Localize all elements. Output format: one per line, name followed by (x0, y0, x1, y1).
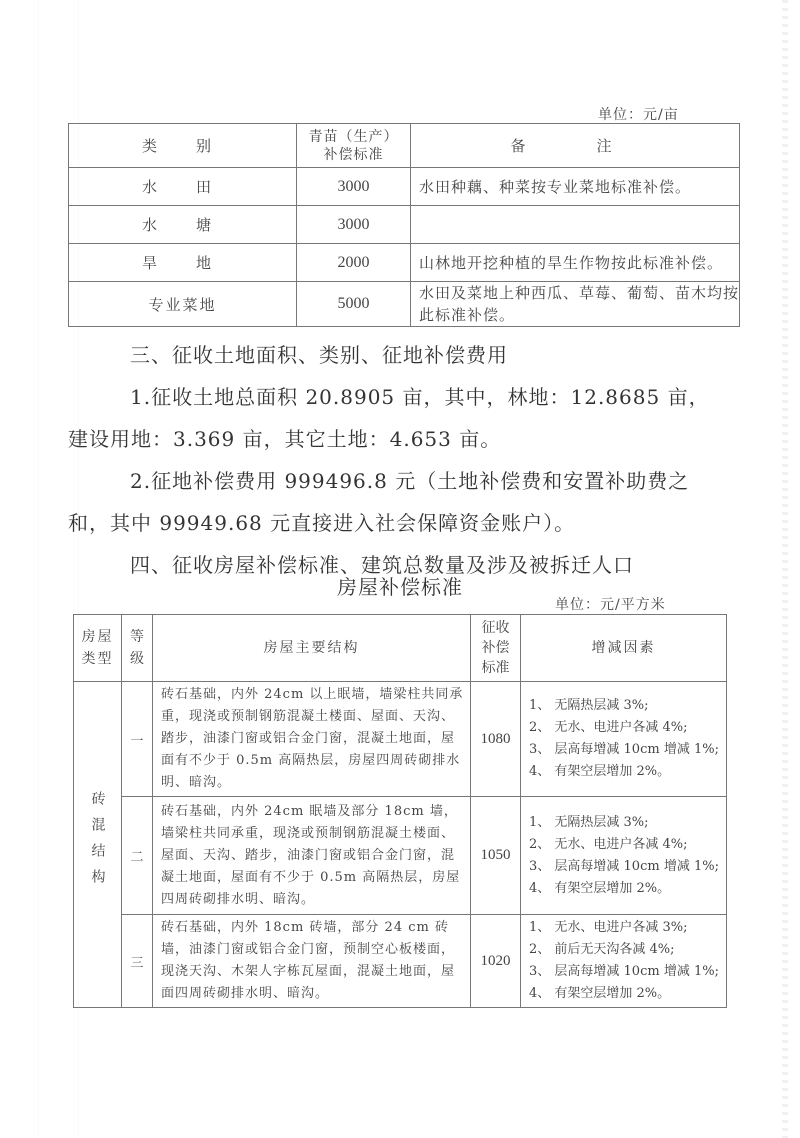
factor-item: 1、 无隔热层减 3%; (529, 812, 726, 834)
factor-item: 3、 层高每增减 10cm 增减 1%; (529, 856, 726, 878)
factor-item: 4、 有架空层增加 2%。 (529, 983, 726, 1005)
table1-unit-label: 单位：元/亩 (598, 104, 679, 124)
section3-item2: 2.征地补偿费用 999496.8 元（土地补偿费和安置补助费之和，其中 999… (68, 460, 728, 544)
cell-note: 水田种藕、种菜按专业菜地标准补偿。 (411, 168, 740, 206)
header-house-type-line2: 类型 (74, 648, 121, 670)
section3-heading: 三、征收土地面积、类别、征地补偿费用 (130, 334, 790, 376)
cell-grade: 一 (122, 682, 153, 797)
header-grade-line1: 等 (122, 626, 152, 648)
header-grade-line2: 级 (122, 648, 152, 670)
cell-factors: 1、 无隔热层减 3%; 2、 无水、电进户各减 4%; 3、 层高每增减 10… (521, 682, 727, 797)
factor-item: 2、 前后无天沟各减 4%; (529, 939, 726, 961)
header-standard-line1: 青苗（生产） (297, 128, 410, 146)
header-house-type: 房屋 类型 (74, 615, 122, 682)
header-category: 类 别 (69, 124, 297, 168)
cell-standard: 3000 (297, 168, 411, 206)
table-row: 二 砖石基础，内外 24cm 眠墙及部分 18cm 墙，墙梁柱共同承重，现浇或预… (74, 797, 727, 915)
factor-item: 4、 有架空层增加 2%。 (529, 878, 726, 900)
section3-item1: 1.征收土地总面积 20.8905 亩，其中，林地：12.8685 亩，建设用地… (68, 376, 728, 460)
table-row: 三 砖石基础，内外 18cm 砖墙，部分 24 cm 砖墙，油漆门窗或铝合金门窗… (74, 915, 727, 1008)
cell-category: 水 塘 (69, 206, 297, 244)
header-note: 备 注 (411, 124, 740, 168)
cell-standard: 1080 (471, 682, 521, 797)
cell-note: 山林地开挖种植的旱生作物按此标准补偿。 (411, 244, 740, 282)
cell-structure: 砖石基础，内外 18cm 砖墙，部分 24 cm 砖墙，油漆门窗或铝合金门窗，预… (153, 915, 471, 1008)
header-structure: 房屋主要结构 (153, 615, 471, 682)
factor-item: 3、 层高每增减 10cm 增减 1%; (529, 961, 726, 983)
cell-standard: 5000 (297, 282, 411, 327)
factor-item: 4、 有架空层增加 2%。 (529, 761, 726, 783)
table-header-row: 房屋 类型 等 级 房屋主要结构 征收 补偿 标准 增减因素 (74, 615, 727, 682)
table-row: 旱 地 2000 山林地开挖种植的旱生作物按此标准补偿。 (69, 244, 740, 282)
table-row: 砖混结构 一 砖石基础，内外 24cm 以上眠墙，墙梁柱共同承重，现浇或预制钢筋… (74, 682, 727, 797)
cell-note: 水田及菜地上种西瓜、草莓、葡萄、苗木均按此标准补偿。 (411, 282, 740, 327)
header-factors: 增减因素 (521, 615, 727, 682)
cell-house-type: 砖混结构 (74, 682, 122, 1008)
header-standard: 征收 补偿 标准 (471, 615, 521, 682)
cell-factors: 1、 无隔热层减 3%; 2、 无水、电进户各减 4%; 3、 层高每增减 10… (521, 797, 727, 915)
cell-standard: 1050 (471, 797, 521, 915)
factor-item: 2、 无水、电进户各减 4%; (529, 717, 726, 739)
header-house-type-line1: 房屋 (74, 626, 121, 648)
factor-item: 3、 层高每增减 10cm 增减 1%; (529, 739, 726, 761)
header-standard-line1: 征收 (471, 618, 520, 638)
house-table-title: 房屋补偿标准 (0, 566, 800, 608)
header-grade: 等 级 (122, 615, 153, 682)
cell-category: 专业菜地 (69, 282, 297, 327)
house-type-label: 砖混结构 (88, 791, 108, 895)
cell-category: 旱 地 (69, 244, 297, 282)
table-row: 专业菜地 5000 水田及菜地上种西瓜、草莓、葡萄、苗木均按此标准补偿。 (69, 282, 740, 327)
crop-compensation-table: 类 别 青苗（生产） 补偿标准 备 注 水 田 3000 水田种藕、种菜按专业菜… (68, 123, 740, 327)
cell-grade: 二 (122, 797, 153, 915)
factor-item: 2、 无水、电进户各减 4%; (529, 834, 726, 856)
factor-item: 1、 无水、电进户各减 3%; (529, 917, 726, 939)
cell-standard: 3000 (297, 206, 411, 244)
cell-standard: 2000 (297, 244, 411, 282)
cell-grade: 三 (122, 915, 153, 1008)
cell-structure: 砖石基础，内外 24cm 眠墙及部分 18cm 墙，墙梁柱共同承重，现浇或预制钢… (153, 797, 471, 915)
table-row: 水 塘 3000 (69, 206, 740, 244)
cell-structure: 砖石基础，内外 24cm 以上眠墙，墙梁柱共同承重，现浇或预制钢筋混凝土楼面、屋… (153, 682, 471, 797)
table-header-row: 类 别 青苗（生产） 补偿标准 备 注 (69, 124, 740, 168)
header-standard-line2: 补偿标准 (297, 146, 410, 164)
cell-category: 水 田 (69, 168, 297, 206)
header-standard-line2: 补偿 (471, 638, 520, 658)
table2-unit-label: 单位：元/平方米 (555, 594, 666, 614)
factor-item: 1、 无隔热层减 3%; (529, 695, 726, 717)
cell-note (411, 206, 740, 244)
house-compensation-table: 房屋 类型 等 级 房屋主要结构 征收 补偿 标准 增减因素 砖混结构 一 砖石… (73, 614, 727, 1008)
header-standard: 青苗（生产） 补偿标准 (297, 124, 411, 168)
table-row: 水 田 3000 水田种藕、种菜按专业菜地标准补偿。 (69, 168, 740, 206)
header-standard-line3: 标准 (471, 658, 520, 678)
cell-factors: 1、 无水、电进户各减 3%; 2、 前后无天沟各减 4%; 3、 层高每增减 … (521, 915, 727, 1008)
cell-standard: 1020 (471, 915, 521, 1008)
